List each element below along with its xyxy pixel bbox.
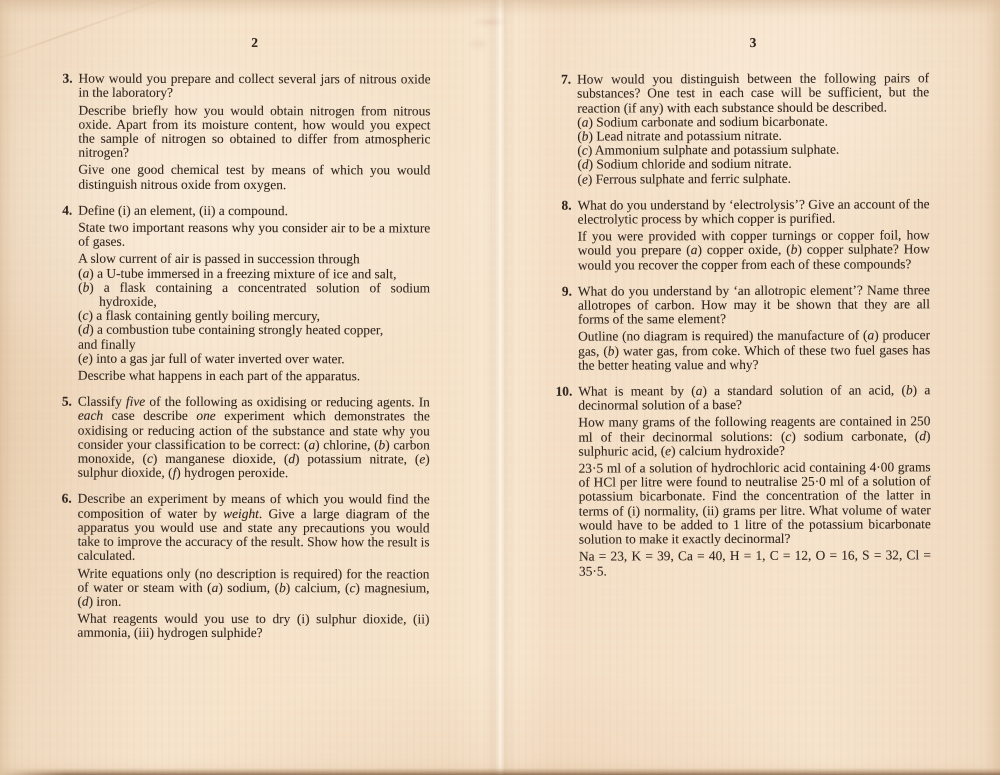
scanned-exam-spread: 2 3.How would you prepare and collect se… bbox=[0, 0, 1000, 775]
question-paragraph: Describe what happens in each part of th… bbox=[78, 369, 430, 384]
italic-text: a bbox=[691, 243, 698, 258]
question-paragraph: What is meant by (a) a standard solution… bbox=[578, 383, 930, 413]
page-number-left: 2 bbox=[47, 36, 431, 51]
italic-text: a bbox=[696, 383, 703, 398]
question-paragraph: Define (i) an element, (ii) a compound. bbox=[78, 203, 430, 218]
exam-page-right: 3 7.How would you distinguish between th… bbox=[545, 35, 931, 590]
italic-text: b bbox=[83, 280, 90, 295]
question-number: 7. bbox=[545, 73, 577, 187]
italic-text: e bbox=[582, 171, 588, 186]
italic-text: a bbox=[867, 328, 874, 343]
italic-text: a bbox=[582, 114, 589, 129]
page-number-right: 3 bbox=[545, 35, 929, 51]
question-body: How would you prepare and collect severa… bbox=[78, 72, 430, 192]
question-block: 7.How would you distinguish between the … bbox=[545, 71, 929, 186]
italic-text: b bbox=[791, 242, 798, 257]
italic-text: a bbox=[212, 580, 219, 595]
italic-text: weight bbox=[223, 506, 259, 521]
italic-text: b bbox=[279, 580, 286, 595]
question-block: 6.Describe an experiment by means of whi… bbox=[45, 492, 429, 641]
question-block: 4.Define (i) an element, (ii) a compound… bbox=[46, 203, 430, 383]
question-paragraph: Describe an experiment by means of which… bbox=[78, 492, 430, 564]
question-paragraph: What do you understand by ‘electrolysis’… bbox=[578, 197, 930, 227]
page-edge-shadow bbox=[0, 768, 1000, 775]
italic-text: a bbox=[308, 437, 315, 452]
question-paragraph: If you were provided with copper turning… bbox=[578, 228, 930, 272]
question-body: Describe an experiment by means of which… bbox=[77, 492, 429, 641]
question-paragraph: Give one good chemical test by means of … bbox=[78, 163, 430, 192]
question-body: Define (i) an element, (ii) a compound.S… bbox=[78, 203, 430, 383]
question-paragraph: Outline (no diagram is required) the man… bbox=[578, 329, 930, 373]
question-block: 9.What do you understand by ‘an allotrop… bbox=[546, 283, 930, 373]
italic-text: c bbox=[349, 580, 355, 595]
list-item: (e) Ferrous sulphate and ferric sulphate… bbox=[577, 171, 929, 187]
question-number: 3. bbox=[46, 72, 78, 192]
question-number: 4. bbox=[46, 203, 78, 383]
question-body: Classify five of the following as oxidis… bbox=[78, 395, 430, 481]
italic-text: b bbox=[608, 343, 615, 358]
question-number: 10. bbox=[546, 385, 579, 579]
italic-text: f bbox=[173, 465, 177, 480]
list-item: (b) a flask containing a concentrated so… bbox=[78, 281, 430, 310]
questions-left: 3.How would you prepare and collect seve… bbox=[45, 72, 430, 641]
italic-text: d bbox=[82, 322, 89, 337]
question-paragraph: How many grams of the following reagents… bbox=[578, 415, 930, 459]
italic-text: c bbox=[147, 451, 153, 466]
question-paragraph: 23·5 ml of a solution of hydrochloric ac… bbox=[579, 460, 931, 547]
question-number: 5. bbox=[46, 395, 78, 480]
question-paragraph: Classify five of the following as oxidis… bbox=[78, 395, 430, 481]
italic-text: c bbox=[582, 143, 588, 158]
italic-text: d bbox=[919, 428, 926, 443]
list-item: (e) into a gas jar full of water inverte… bbox=[78, 352, 430, 367]
question-block: 3.How would you prepare and collect seve… bbox=[46, 72, 430, 192]
exam-page-left: 2 3.How would you prepare and collect se… bbox=[45, 36, 430, 653]
italic-text: d bbox=[288, 451, 295, 466]
page-fold-gutter bbox=[484, 0, 516, 775]
question-paragraph: State two important reasons why you cons… bbox=[78, 221, 430, 250]
question-number: 9. bbox=[546, 284, 578, 372]
question-number: 8. bbox=[546, 198, 578, 272]
italic-text: five bbox=[126, 394, 145, 409]
question-paragraph: How would you prepare and collect severa… bbox=[79, 72, 431, 101]
italic-text: each bbox=[78, 408, 103, 423]
question-body: What do you understand by ‘an allotropic… bbox=[578, 283, 930, 373]
question-paragraph: What reagents would you use to dry (i) s… bbox=[77, 612, 429, 641]
italic-text: a bbox=[83, 265, 90, 280]
italic-text: e bbox=[665, 443, 671, 458]
questions-right: 7.How would you distinguish between the … bbox=[545, 71, 931, 578]
question-paragraph: Write equations only (no description is … bbox=[77, 566, 429, 609]
italic-text: e bbox=[419, 451, 425, 466]
question-number: 6. bbox=[45, 492, 77, 640]
question-block: 8.What do you understand by ‘electrolysi… bbox=[546, 197, 930, 272]
question-paragraph: What do you understand by ‘an allotropic… bbox=[578, 283, 930, 327]
question-body: What is meant by (a) a standard solution… bbox=[578, 383, 931, 578]
italic-text: d bbox=[582, 157, 589, 172]
italic-text: c bbox=[83, 308, 89, 323]
ink-bleedthrough-mark bbox=[448, 6, 526, 64]
question-paragraph: How would you distinguish between the fo… bbox=[577, 71, 929, 115]
question-paragraph: Na = 23, K = 39, Ca = 40, H = 1, C = 12,… bbox=[579, 549, 931, 579]
question-block: 5.Classify five of the following as oxid… bbox=[46, 395, 430, 481]
italic-text: c bbox=[785, 428, 791, 443]
question-paragraph: Describe briefly how you would obtain ni… bbox=[78, 103, 430, 161]
italic-text: one bbox=[196, 408, 215, 423]
italic-text: b bbox=[906, 382, 913, 397]
question-body: What do you understand by ‘electrolysis’… bbox=[578, 197, 930, 272]
question-block: 10.What is meant by (a) a standard solut… bbox=[546, 383, 931, 578]
list-item: (d) Sodium chloride and sodium nitrate. bbox=[577, 157, 929, 173]
italic-text: e bbox=[82, 351, 88, 366]
italic-text: b bbox=[379, 437, 386, 452]
italic-text: d bbox=[82, 594, 89, 609]
italic-text: b bbox=[582, 129, 589, 144]
question-body: How would you distinguish between the fo… bbox=[577, 71, 929, 186]
